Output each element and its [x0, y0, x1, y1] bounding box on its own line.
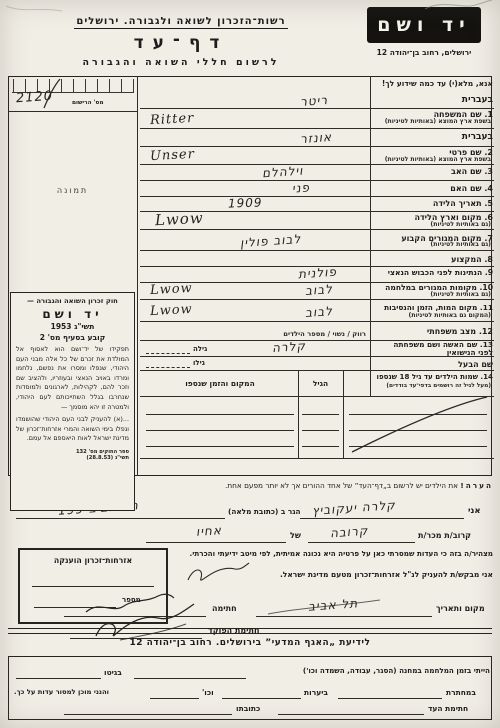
field-2-hebrew-tag: בעברית	[372, 132, 493, 142]
field-5-label: 5. תאריך הלידה	[372, 199, 493, 208]
children-table-bottom	[140, 458, 494, 459]
law-body-text: תפקידו של יד־ושם הוא לאסוף אל המולדת את …	[16, 345, 129, 412]
law-heading-2: יד ושם	[16, 307, 129, 321]
field-14-label: 14. שמות הילדים עד גיל 18 שנספו	[372, 373, 493, 381]
camp-blank-line	[134, 678, 246, 679]
law-clause-text: ...(א) להעניק לבני העם היהודי שהושמדו ונ…	[16, 415, 129, 444]
children-age-line-3	[302, 446, 339, 447]
testimony-page-scan: רשות־הזכרון לשואה ולגבורה. ירושלים דף־עד…	[0, 0, 500, 728]
etc-blank-line	[150, 698, 199, 699]
hw-first-name-latin: Unser	[150, 147, 196, 164]
left-column-rule	[137, 76, 138, 476]
hw-place-date: תל אביב	[308, 596, 359, 613]
hw-mother-name: פני	[292, 180, 311, 195]
declaration-statement: מצהיר/ה בזה כי העדות שמסרתי כאן על פרטיה…	[146, 549, 493, 558]
field-2-sublabel: בשפת ארץ המוצא (באותיות לטיניות)	[372, 157, 491, 164]
field-1-hebrew-tag: בעברית	[372, 95, 493, 105]
answer-line-husband	[140, 370, 494, 371]
stamp-number-line	[34, 607, 116, 608]
authority-line: רשות־הזכרון לשואה ולגבורה. ירושלים	[36, 16, 326, 27]
authority-text: רשות־הזכרון לשואה ולגבורה. ירושלים	[74, 16, 287, 29]
of-whom-line	[146, 542, 286, 543]
answer-line-1a	[140, 108, 494, 109]
answer-line-7	[140, 250, 494, 251]
underground-blank-line	[338, 698, 442, 699]
answer-line-2b	[140, 164, 494, 165]
her-age-line	[146, 353, 190, 354]
photo-placeholder-label: תמונה	[8, 186, 137, 195]
field-1-sublabel: בשפת ארץ המוצא (באותיות לטיניות)	[372, 119, 491, 126]
field-11-sublabel: (המקום גם באותיות לטיניות)	[372, 313, 491, 320]
hw-wife-name: קלרה	[272, 339, 307, 355]
hw-first-name-hebrew: אונזר	[300, 130, 333, 146]
hw-death-place-hebrew: לבוב	[305, 304, 334, 320]
answer-line-11	[140, 321, 494, 322]
field-6-sublabel: (גם באותיות לטיניות)	[372, 222, 491, 229]
field-4-label: 4. שם האם	[372, 184, 493, 193]
children-age-line-1	[302, 414, 339, 415]
witness-address-line	[64, 714, 232, 715]
fill-in-instruction: אנא, מלא(י) עד כמה שידוע לך!	[372, 80, 493, 89]
witness-address-label: כתובתו	[236, 704, 260, 713]
field-7-sublabel: (גם באותיות לטיניות)	[372, 242, 491, 249]
place-date-label: מקום ותאריך	[436, 604, 485, 613]
children-age-line-2	[302, 430, 339, 431]
answer-line-4	[140, 196, 494, 197]
children-note-line: הערה! את הילדים יש לרשום ב„דף־העד” של אח…	[145, 481, 493, 490]
relative-label: קרוב/ת מכר/ת	[418, 531, 471, 540]
husband-name-label: שם הבעל	[372, 360, 493, 369]
yad-vashem-law-box: חוק זכרון השואה והגבורה — יד ושם תשי"ג 1…	[10, 292, 135, 511]
hw-relation: קרובה	[330, 524, 369, 541]
ready-to-testify-label: והנני מוכן למסור עדות על כך.	[14, 688, 147, 696]
hw-citizenship: פולנית	[298, 265, 338, 282]
declarant-address-line	[16, 518, 225, 519]
yad-vashem-logo: יד ושם	[368, 8, 480, 42]
registration-divider	[8, 111, 137, 112]
witness-signature-line	[278, 714, 424, 715]
marital-options: רווק / נשוי / מספר הילדים	[150, 330, 366, 338]
side-signature-scribble	[188, 563, 249, 580]
hw-wartime-place-latin: Lwow	[150, 281, 193, 298]
stamp-line	[32, 586, 154, 587]
citizenship-request: אני מבקש/ת להעניק לנ"ל אזרחות־זכרון מטעם…	[248, 570, 493, 579]
field-10-sublabel: (גם באותיות לטיניות)	[372, 292, 491, 299]
hw-declarant-name: קלרה יעקוביץ	[312, 498, 397, 518]
children-header-bottom	[140, 396, 494, 397]
children-place-line-3	[146, 446, 294, 447]
answer-line-13	[140, 356, 494, 357]
children-name-line-1	[349, 414, 487, 415]
resides-label: הגר ב (כתובת מלאה)	[228, 507, 300, 516]
wartime-camp-label: הייתי בזמן המלחמה במחנה (הסגר, עבודה, הש…	[250, 666, 490, 675]
answer-line-12	[140, 340, 494, 341]
signature-label: חתימה	[212, 604, 237, 613]
ghetto-label: בגיטו	[104, 668, 122, 677]
hw-family-name-latin: Ritter	[150, 111, 195, 128]
hw-birthplace-latin: Lwow	[155, 209, 205, 230]
stamp-number-label: מספר	[122, 596, 141, 604]
note-text: את הילדים יש לרשום ב„דף־העד” של אחד ההור…	[225, 481, 458, 490]
field-8-label: 8. המקצוע	[372, 255, 493, 264]
forests-blank-line	[222, 698, 301, 699]
ghetto-blank-line	[16, 678, 101, 679]
children-name-line-3	[349, 446, 487, 447]
declarant-name-line	[300, 518, 464, 519]
children-col-rule-b	[343, 370, 344, 458]
hw-death-place-latin: Lwow	[150, 302, 193, 319]
forests-label: ביערות	[304, 688, 328, 697]
children-name-line-2	[349, 430, 487, 431]
registration-number-handwriting: 2120	[16, 89, 54, 107]
logo-address: ירושלים, רחוב בן־יהודה 12	[356, 48, 492, 57]
etc-label: וכו'	[202, 688, 214, 697]
of-label: של	[290, 531, 301, 540]
place-date-line	[256, 616, 432, 617]
witness-signature-label: חתימת העד	[428, 704, 468, 713]
relation-line	[308, 542, 415, 543]
her-age-label: גילה	[193, 345, 207, 353]
label-column-rule	[370, 76, 371, 396]
law-source-2: תשי"ג (28.8.53)	[16, 455, 129, 461]
children-place-line-1	[146, 414, 294, 415]
answer-line-10	[140, 299, 494, 300]
hw-father-name: וילהלם	[262, 164, 304, 181]
law-heading-3: תשי"ג 1953	[16, 322, 129, 331]
hw-family-name-hebrew: ריטר	[300, 93, 329, 109]
stamp-title: אזרחות־זכרון הוענקה	[20, 556, 166, 565]
pencil-scribble-top-left	[6, 6, 62, 11]
declarant-i-label: אני	[468, 506, 481, 516]
page-subtitle: לרשום חללי השואה והגבורה	[36, 57, 326, 68]
field-3-label: 3. שם האב	[372, 167, 493, 176]
children-col-place-header: המקום והזמן שנספו	[145, 379, 295, 388]
answer-line-3	[140, 180, 494, 181]
note-bold: הערה!	[460, 481, 493, 490]
children-col-age-header: הגיל	[299, 379, 342, 388]
law-heading-1: חוק זכרון השואה והגבורה —	[16, 297, 129, 305]
memorial-citizenship-stamp-box: אזרחות־זכרון הוענקה מספר	[18, 548, 168, 624]
children-place-line-2	[146, 430, 294, 431]
answer-line-6	[140, 229, 494, 230]
hw-birth-year: 1909	[228, 195, 263, 210]
hw-of-whom: אחיו	[196, 523, 223, 539]
registration-number-label: מס' הרישום	[72, 100, 104, 106]
page-title: דף־עד	[36, 33, 326, 53]
field-9-label: 9. הנתינות לפני הכבוש הנאצי	[372, 269, 493, 278]
his-age-label: גילו	[193, 359, 205, 367]
underground-label: במחתרת	[446, 688, 476, 697]
his-age-line	[146, 367, 190, 368]
field-14-note: (מעל לגיל זה רושמים בדפי־עד בודדים)	[372, 383, 491, 389]
law-heading-4: קובע בסעיף מס' 2	[16, 333, 129, 342]
hw-wartime-place-hebrew: לבוב	[305, 282, 334, 298]
double-rule	[8, 628, 492, 634]
answer-line-1b	[140, 128, 494, 129]
scientific-branch-attention: לידיעת „האגף המדעי” בירושלים. רחוב בן־יה…	[8, 638, 492, 648]
field-12-label: 12. מצב משפחתי	[372, 327, 493, 336]
